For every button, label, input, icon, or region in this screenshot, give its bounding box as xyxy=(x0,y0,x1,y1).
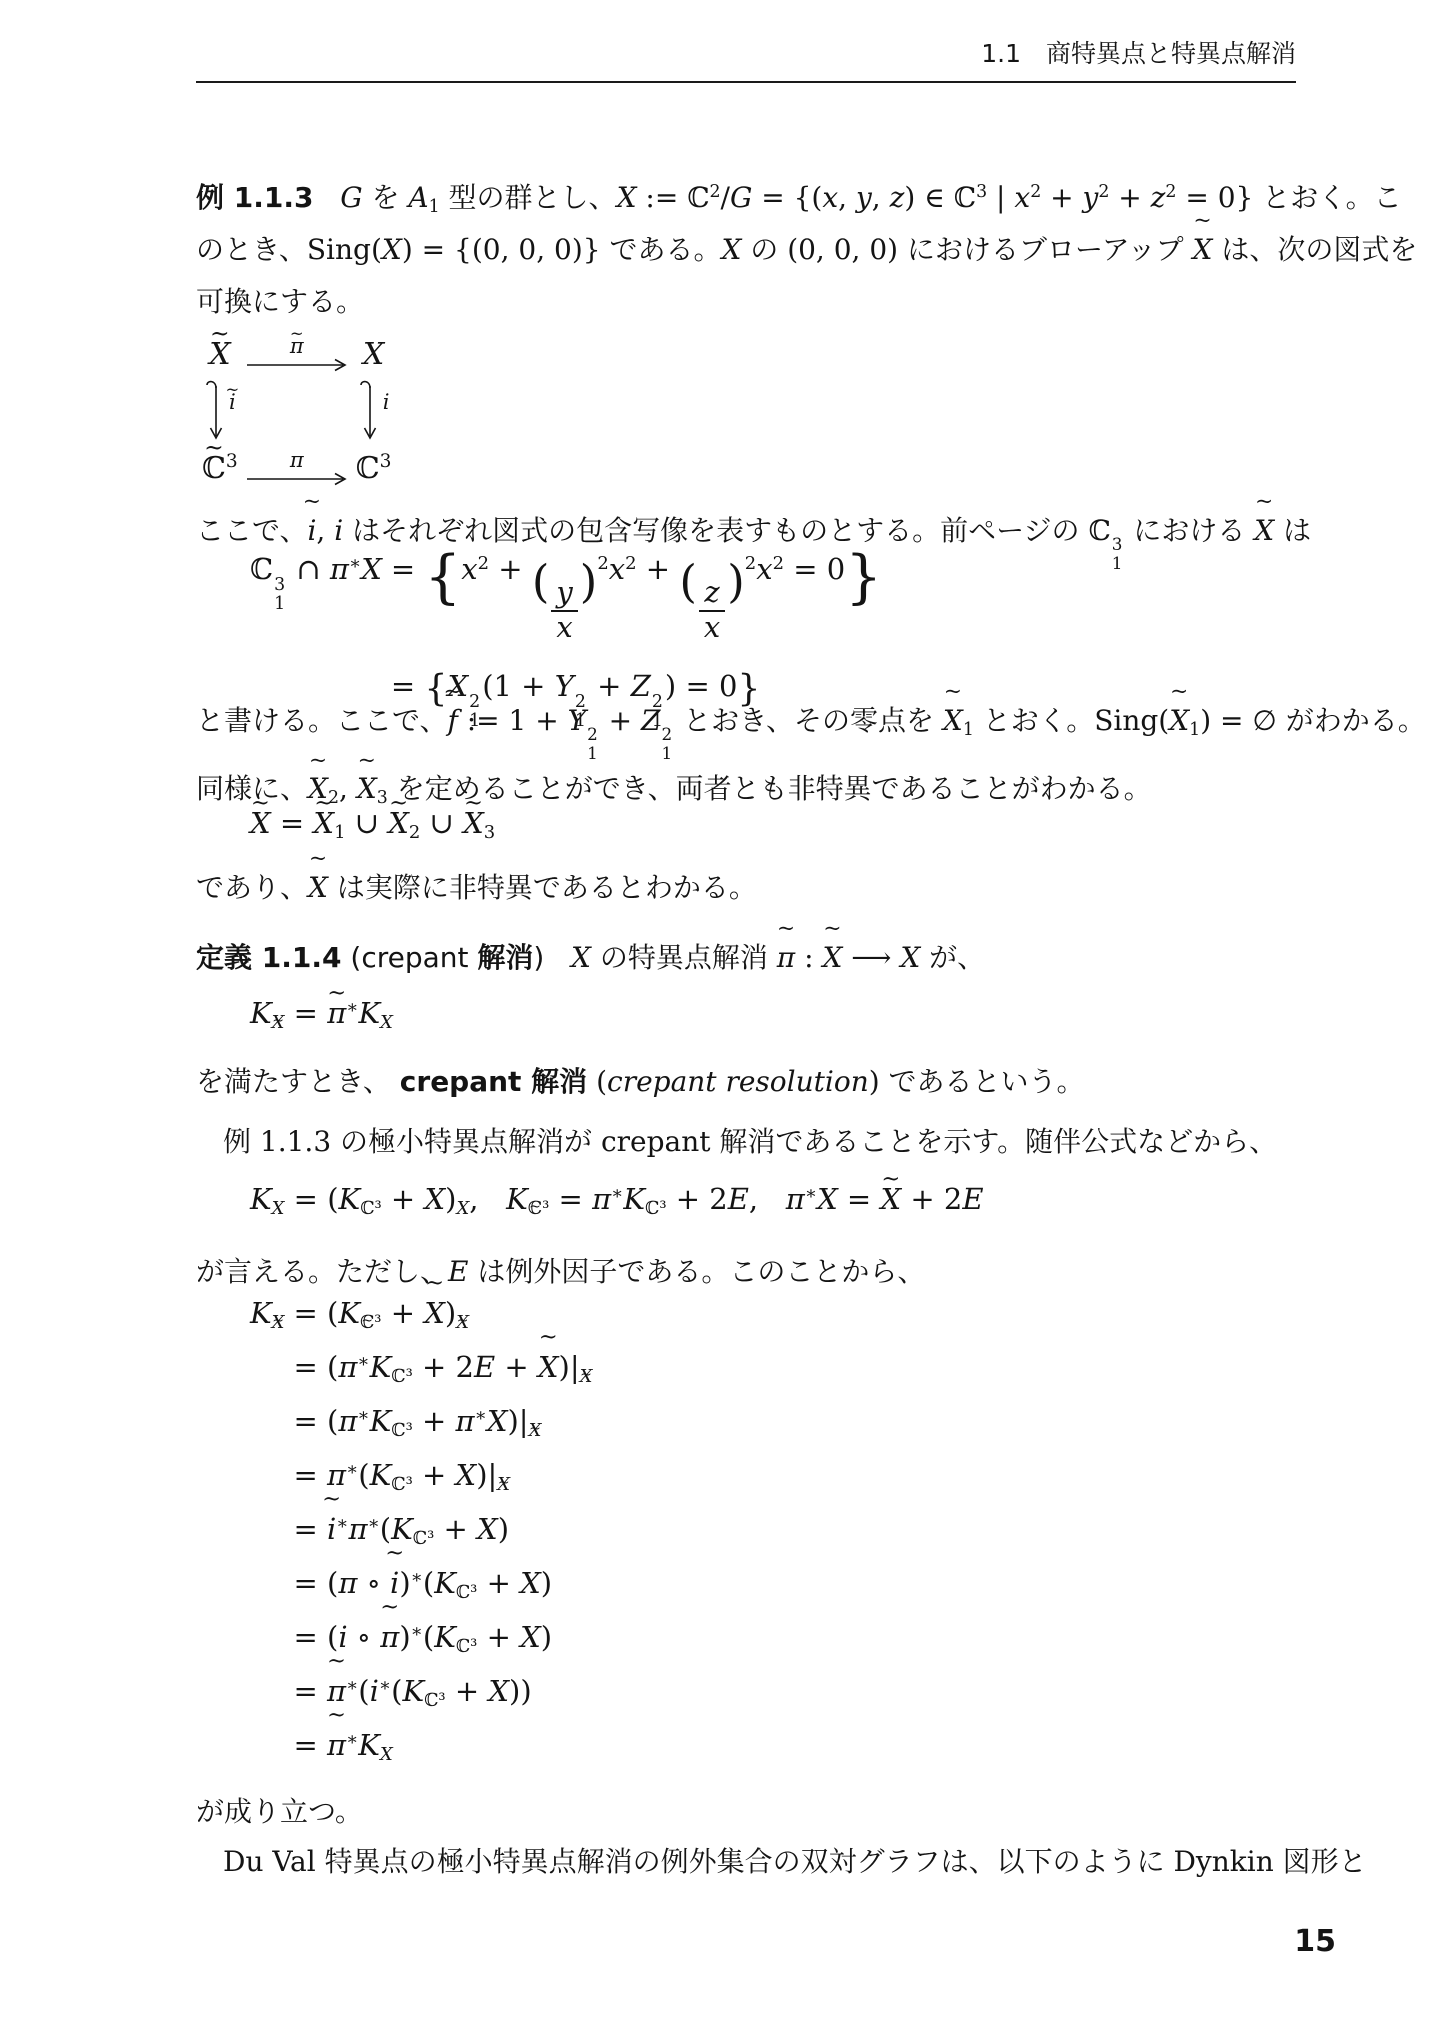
equation-adjunction: KX = (Kℂ³ + X)X, Kℂ~³ = π∗Kℂ³ + 2E, π∗X … xyxy=(250,1182,983,1216)
text-line: 定義 1.1.4 (crepant 解消) X の特異点解消 π~ : X~ ⟶… xyxy=(196,932,1316,984)
running-header: 1.1 商特異点と特異点解消 xyxy=(196,36,1296,83)
equation-union: X~ = X~1 ∪ X~2 ∪ X~3 xyxy=(250,806,495,840)
arrow-label: i~ xyxy=(229,392,236,413)
diagram-node-X-tilde: X~ xyxy=(209,337,230,372)
equation-lhs: KX~ xyxy=(250,1286,284,1340)
text-line: Du Val 特異点の極小特異点解消の例外集合の双対グラフは、以下のように Dy… xyxy=(223,1836,1343,1888)
equation-step: = (π∗Kℂ³ + 2E + X~)|X~ xyxy=(293,1340,592,1394)
diagram-node-C3: ℂ3 xyxy=(356,451,392,486)
equation-canonical-chain: KX~ = (Kℂ~³ + X~)X~ = (π∗Kℂ³ + 2E + X~)|… xyxy=(250,1286,592,1772)
equation-step: = i~∗π∗(Kℂ³ + X) xyxy=(293,1502,592,1556)
diagram-top-arrow: π~ xyxy=(245,336,349,372)
definition-1-1-4: 定義 1.1.4 (crepant 解消) X の特異点解消 π~ : X~ ⟶… xyxy=(196,932,1316,984)
diagram-right-inclusion: i xyxy=(358,376,390,446)
diagram-node-X: X xyxy=(363,337,384,372)
text-line: を満たすとき、 crepant 解消 (crepant resolution) … xyxy=(196,1056,1316,1108)
equation-body: X~ = X~1 ∪ X~2 ∪ X~3 xyxy=(250,806,495,840)
equation-step: = (π∗Kℂ³ + π∗X)|X~ xyxy=(293,1394,592,1448)
paragraph-holds: が成り立つ。 xyxy=(196,1786,1316,1838)
paragraph-show-crepant: 例 1.1.3 の極小特異点解消が crepant 解消であることを示す。随伴公… xyxy=(196,1116,1343,1168)
paragraph-zero-locus: と書ける。ここで、f~ := 1 + Y21 + Z21 とおき、その零点を X… xyxy=(196,695,1316,815)
arrow-label: π~ xyxy=(290,336,304,357)
diagram-node-C3-tilde: ℂ~3 xyxy=(202,451,238,486)
page-number: 15 xyxy=(196,1924,1336,1959)
commutative-diagram: X~ π~ X i~ i ℂ~ xyxy=(202,336,391,486)
textbook-page: { "header": { "title": "1.1 商特異点と特異点解消" … xyxy=(0,0,1433,2024)
text-line: のとき、Sing(X) = {(0, 0, 0)} である。X の (0, 0,… xyxy=(196,224,1316,276)
section-title: 1.1 商特異点と特異点解消 xyxy=(981,39,1296,68)
diagram-bottom-arrow: π xyxy=(245,450,349,486)
right-arrow-icon xyxy=(245,472,349,486)
equation-rhs: = {x2 + (yx)2x2 + (zx)2x2 = 0} xyxy=(391,552,882,643)
equation-step: = π~∗KX xyxy=(293,1718,592,1772)
arrow-label: π xyxy=(290,450,304,471)
example-1-1-3-paragraph: 例 1.1.3 G を A1 型の群とし、X := ℂ2/G = {(x, y,… xyxy=(196,172,1316,328)
equation-body: KX = (Kℂ³ + X)X, Kℂ~³ = π∗Kℂ³ + 2E, π∗X … xyxy=(250,1182,983,1216)
paragraph-crepant-definition: を満たすとき、 crepant 解消 (crepant resolution) … xyxy=(196,1056,1316,1108)
equation-step: = (π ∘ i~)∗(Kℂ³ + X) xyxy=(293,1556,592,1610)
hook-down-arrow-icon xyxy=(358,376,378,444)
text-line: が成り立つ。 xyxy=(196,1786,1316,1838)
equation-crepant-condition: KX~ = π~∗KX xyxy=(250,996,393,1030)
paragraph-du-val: Du Val 特異点の極小特異点解消の例外集合の双対グラフは、以下のように Dy… xyxy=(196,1836,1343,1888)
right-arrow-icon xyxy=(245,358,349,372)
arrow-label: i xyxy=(383,392,390,413)
text-line: 例 1.1.3 G を A1 型の群とし、X := ℂ2/G = {(x, y,… xyxy=(196,172,1316,224)
paragraph-nonsingular: であり、X~ は実際に非特異であるとわかる。 xyxy=(196,862,1316,914)
text-line: 例 1.1.3 の極小特異点解消が crepant 解消であることを示す。随伴公… xyxy=(223,1116,1343,1168)
equation-lhs: ℂ31 ∩ π∗X xyxy=(250,552,382,615)
text-line: 可換にする。 xyxy=(196,276,1316,328)
equation-body: KX~ = π~∗KX xyxy=(250,996,393,1030)
text-line: であり、X~ は実際に非特異であるとわかる。 xyxy=(196,862,1316,914)
